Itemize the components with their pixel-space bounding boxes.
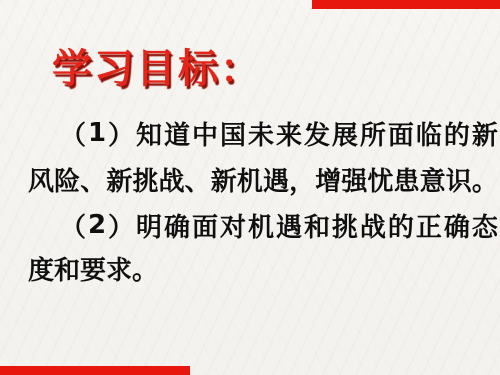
objective-line-1: （1）知道中国未来发展所面临的新 [60,110,498,156]
objective-line-4: 度和要求。 [28,248,498,294]
bottom-left-accent-stripe [0,366,190,375]
objective-line-2: 风险、新挑战、新机遇，增强忧患意识。 [28,156,498,202]
objectives-text-block: （1）知道中国未来发展所面临的新 风险、新挑战、新机遇，增强忧患意识。 （2）明… [28,110,498,294]
slide-title: 学习目标： [52,47,262,91]
top-right-accent-stripe [312,0,500,9]
objective-line-3: （2）明确面对机遇和挑战的正确态 [60,202,498,248]
slide-background: 学习目标： （1）知道中国未来发展所面临的新 风险、新挑战、新机遇，增强忧患意识… [0,0,500,375]
